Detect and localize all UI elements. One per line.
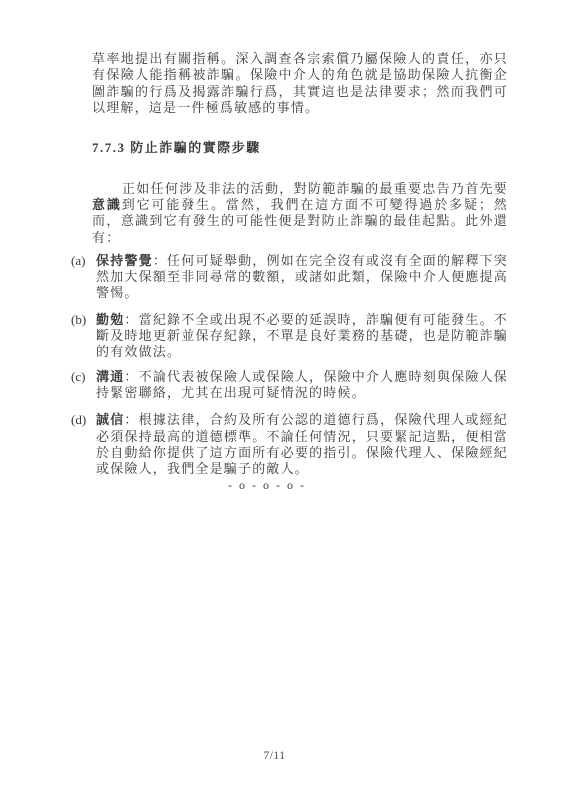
document-page: 草率地提出有關指稱。深入調查各宗索償乃屬保險人的責任，亦只有保險人能指稱被詐騙。… (0, 0, 565, 800)
list-item-term: 溝通 (96, 369, 124, 384)
list-item-body-text: ：根據法律，合約及所有公認的道德行爲，保險代理人或經紀必須保持最高的道德標準。不… (96, 412, 508, 476)
list-item-c: (c) 溝通：不論代表被保險人或保險人，保險中介人應時刻與保險人保持緊密聯絡，尤… (70, 369, 508, 402)
list-item-label: (b) (70, 312, 96, 328)
list-item-b: (b) 勤勉：當紀錄不全或出現不必要的延誤時，詐騙便有可能發生。不斷及時地更新並… (70, 312, 508, 361)
list-item-label: (c) (70, 369, 96, 385)
list-item-term: 勤勉 (96, 312, 124, 327)
list-item-label: (d) (70, 412, 96, 428)
list-item-text: 溝通：不論代表被保險人或保險人，保險中介人應時刻與保險人保持緊密聯絡，尤其在出現… (96, 369, 508, 402)
document-content: 草率地提出有關指稱。深入調查各宗索償乃屬保險人的責任，亦只有保險人能指稱被詐騙。… (70, 51, 508, 494)
paragraph-text-post: 到它可能發生。當然，我們在這方面不可變得過於多疑；然而，意識到它有發生的可能性便… (92, 197, 508, 245)
list-item-body-text: ：不論代表被保險人或保險人，保險中介人應時刻與保險人保持緊密聯絡，尤其在出現可疑… (96, 369, 508, 400)
list-item-body-text: ：任何可疑舉動，例如在完全沒有或沒有全面的解釋下突然加大保額至非同尋常的數額，或… (96, 253, 508, 301)
paragraph-claims-responsibility: 草率地提出有關指稱。深入調查各宗索償乃屬保險人的責任，亦只有保險人能指稱被詐騙。… (70, 51, 508, 116)
list-item-term: 誠信 (96, 412, 124, 427)
section-heading-7-7-3: 7.7.3 防止詐騙的實際步驟 (70, 140, 508, 157)
list-item-text: 保持警覺：任何可疑舉動，例如在完全沒有或沒有全面的解釋下突然加大保額至非同尋常的… (96, 253, 508, 302)
list-item-text: 勤勉：當紀錄不全或出現不必要的延誤時，詐騙便有可能發生。不斷及時地更新並保存紀錄… (96, 312, 508, 361)
list-item-body-text: ：當紀錄不全或出現不必要的延誤時，詐騙便有可能發生。不斷及時地更新並保存紀錄，不… (96, 312, 508, 360)
list-item-d: (d) 誠信：根據法律，合約及所有公認的道德行爲，保險代理人或經紀必須保持最高的… (70, 412, 508, 477)
list-item-label: (a) (70, 253, 96, 269)
list-item-text: 誠信：根據法律，合約及所有公認的道德行爲，保險代理人或經紀必須保持最高的道德標準… (96, 412, 508, 477)
page-number: 7/11 (0, 750, 557, 762)
section-end-separator: - o - o - o - (37, 477, 475, 493)
emphasized-term: 意識 (92, 197, 122, 212)
paragraph-text-pre: 正如任何涉及非法的活動，對防範詐騙的最重要忠告乃首先要 (122, 181, 508, 196)
list-item-term: 保持警覺 (96, 253, 153, 268)
paragraph-fraud-awareness: 正如任何涉及非法的活動，對防範詐騙的最重要忠告乃首先要意識到它可能發生。當然，我… (70, 181, 508, 246)
list-item-a: (a) 保持警覺：任何可疑舉動，例如在完全沒有或沒有全面的解釋下突然加大保額至非… (70, 253, 508, 302)
